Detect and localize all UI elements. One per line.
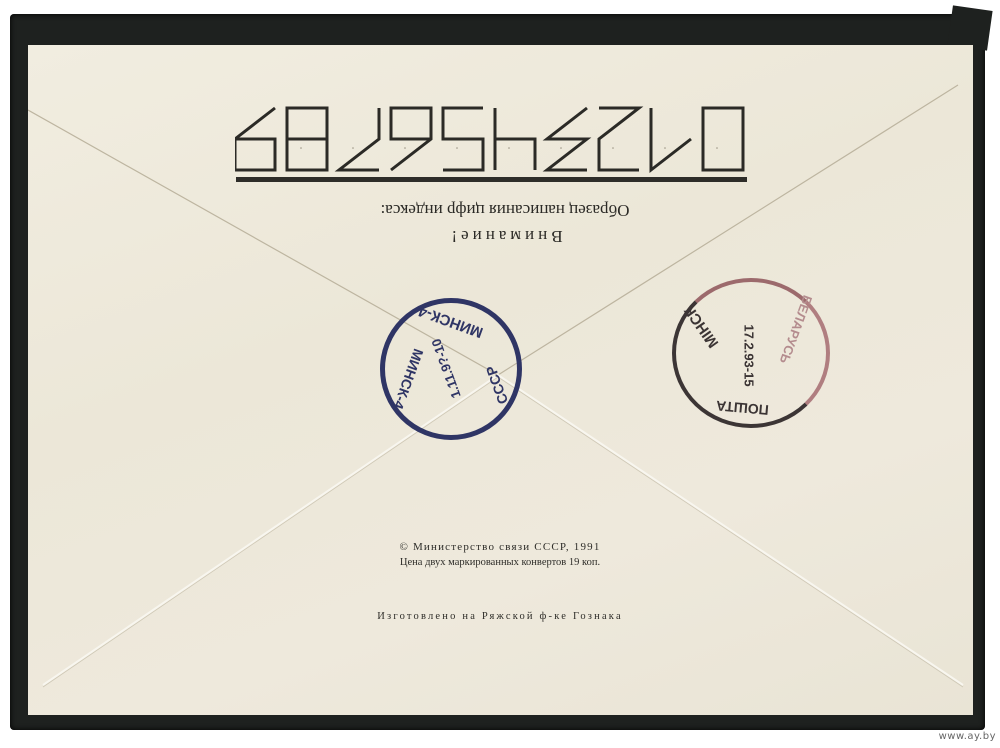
postmark-date: 17.2.93-15: [742, 324, 757, 386]
postmark-minsk-pochtamt: МІНСК ПОШТА БЕЛАРУСЬ 17.2.93-15: [672, 278, 830, 428]
imprint-ministry: © Министерство связи СССР, 1991: [330, 541, 670, 553]
postmark-minsk-4: МИНСК-4 МИНСК-4 СССР 1.11.9?-10: [380, 298, 522, 440]
postmark-text-top: МІНСК: [681, 302, 722, 351]
postal-digits-graphic: [235, 98, 747, 178]
postal-code-digit-samples: [235, 98, 747, 178]
postal-code-subheading: Внимание!: [295, 226, 715, 246]
postmark-text-side: СССР: [483, 364, 512, 407]
postal-code-heading: Образец написания цифр индекса:: [295, 200, 715, 220]
postmark-text-side: БЕЛАРУСЬ: [777, 293, 816, 366]
watermark: www.ay.by: [939, 731, 996, 742]
imprint-manufacturer: Изготовлено на Ряжской ф-ке Гознака: [330, 611, 670, 622]
backing-corner: [947, 5, 992, 50]
postmark-text-top: МИНСК-4: [416, 302, 485, 341]
underline-rule: [236, 177, 747, 182]
postmark-date: 1.11.9?-10: [428, 337, 463, 401]
imprint-price: Цена двух маркированных конвертов 19 коп…: [330, 557, 670, 568]
postmark-text-bottom: ПОШТА: [715, 398, 769, 419]
postmark-text-left: МИНСК-4: [390, 347, 427, 412]
